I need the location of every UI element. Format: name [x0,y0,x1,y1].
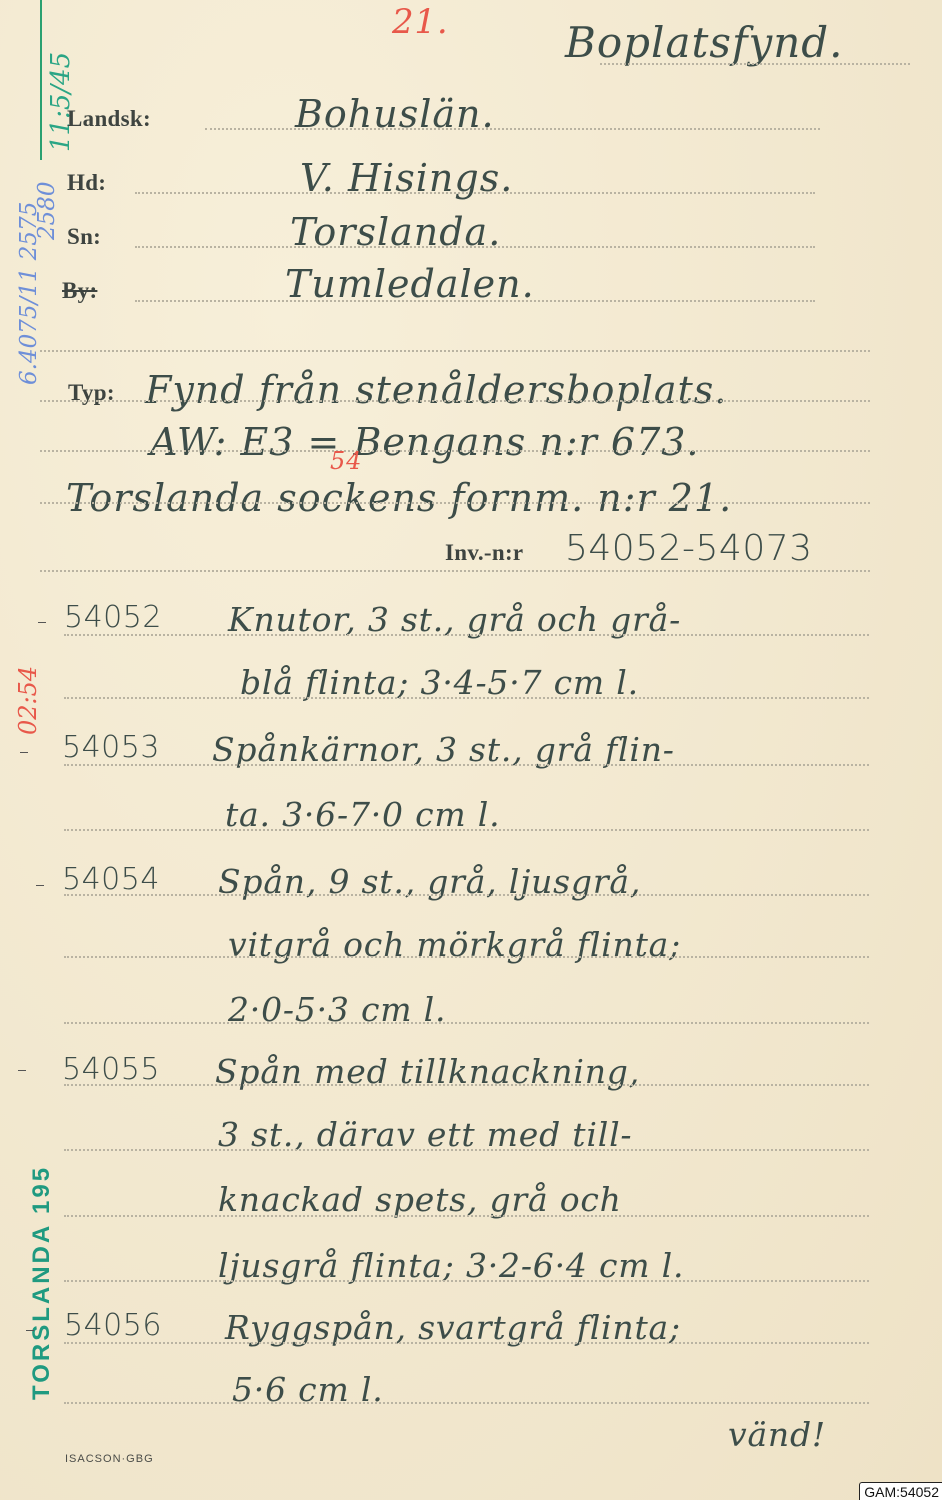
entry-number: 54055 [62,1052,160,1087]
entry-rule [64,1149,869,1151]
entry-rule [64,956,869,958]
typ-line-3: Torslanda sockens fornm. n:r 21. [66,476,732,520]
entry-tick [18,1070,26,1071]
entry-number: 54054 [62,862,160,897]
typ-line-2: AW: E3 = Bengans n:r 673. [150,420,700,464]
field-value-by: Tumledalen. [285,262,535,306]
archive-id-label: GAM:54052 [859,1482,942,1500]
card-number: 21. [392,2,448,42]
entry-rule [64,1215,869,1217]
category-title: Boplatsfynd. [565,18,844,67]
entry-line: vitgrå och mörkgrå flinta; [228,925,681,964]
inventory-range: 54052-54073 [565,528,813,569]
field-label-by: By: [62,278,97,304]
entry-number: 54053 [62,730,160,765]
margin-strike-line [40,0,42,160]
typ-rule [40,400,870,402]
margin-note-red: 02:54 [14,666,42,735]
margin-note-green: 11:5/45 [46,52,76,152]
entry-tick [38,622,46,623]
entry-rule [64,764,869,766]
entry-number: 54056 [64,1308,162,1343]
printer-imprint: ISACSON·GBG [65,1453,154,1465]
typ-line-1: Fynd från stenåldersboplats. [145,368,727,412]
title-rule [600,63,910,65]
entry-rule [64,1280,869,1282]
field-label-sn: Sn: [67,224,101,250]
red-annotation: 54 [330,447,362,475]
entry-rule [64,1342,869,1344]
inventory-label: Inv.-n:r [445,540,523,566]
section-rule [40,350,870,352]
entry-tick [36,885,44,886]
field-label-landsk: Landsk: [67,106,151,132]
entry-rule [64,697,869,699]
field-value-hd: V. Hisings. [300,156,513,200]
margin-note-blue-2: 2580 [34,181,60,240]
typ-rule [40,450,870,452]
entry-rule [64,634,869,636]
entry-rule [64,894,869,896]
entry-rule [64,829,869,831]
parish-stamp: TORSLANDA 195 [28,1165,56,1400]
entry-rule [64,1022,869,1024]
section-rule [40,570,870,572]
typ-rule [40,502,870,504]
entry-tick [26,1330,34,1331]
entry-rule [64,1084,869,1086]
catalog-card: 21. Boplatsfynd. 11:5/45 6.4075/11 2575 … [0,0,942,1500]
entry-line: knackad spets, grå och [218,1180,622,1219]
field-value-sn: Torslanda. [290,210,501,254]
typ-label: Typ: [68,380,115,406]
entry-rule [64,1402,869,1404]
field-value-landsk: Bohuslän. [295,92,495,136]
field-label-hd: Hd: [67,170,106,196]
turn-over-note: vänd! [728,1415,826,1454]
entry-number: 54052 [64,600,162,635]
entry-tick [20,752,28,753]
